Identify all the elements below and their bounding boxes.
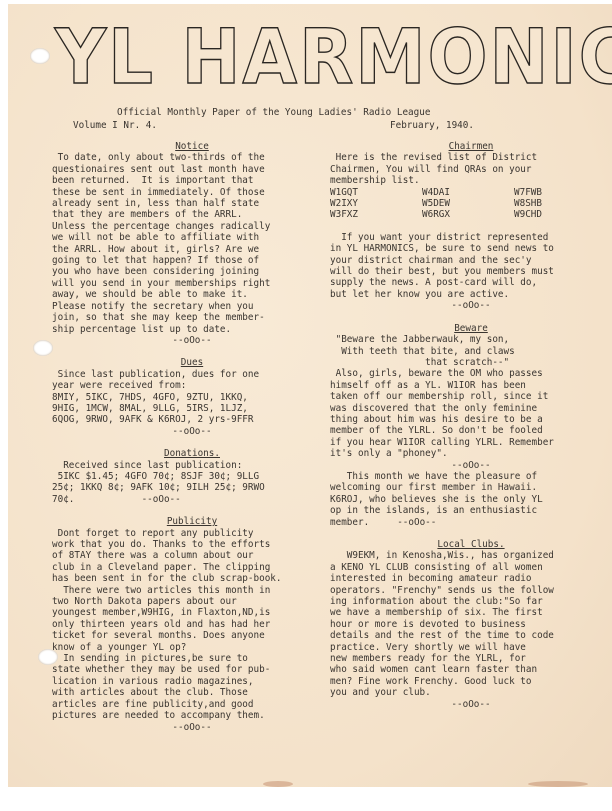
text-line: was discovered that the only feminine bbox=[330, 403, 612, 414]
beware-section: Beware "Beware the Jabberwauk, my son, W… bbox=[330, 323, 612, 471]
text-line: articles are fine publicity,and good bbox=[52, 699, 332, 710]
text-line: that they are members of the ARRL. bbox=[52, 209, 332, 220]
text-line: Chairmen, You will find QRAs on your bbox=[330, 164, 612, 175]
donations-section: Donations. Received since last publicati… bbox=[52, 448, 332, 505]
text-line: who said women cant learn faster than bbox=[330, 664, 612, 675]
text-line: will do their best, but you members must bbox=[330, 266, 612, 277]
text-line: practice. Very shortly we will have bbox=[330, 642, 612, 653]
text-line: in YL HARMONICS, be sure to send news to bbox=[330, 243, 612, 254]
hawaii-body: This month we have the pleasure ofwelcom… bbox=[330, 471, 612, 517]
text-line: work that you do. Thanks to the efforts bbox=[52, 539, 332, 550]
issue-date: February, 1940. bbox=[390, 120, 474, 131]
separator: --oOo-- bbox=[330, 460, 612, 471]
text-line: 9HIG, 1MCW, 8MAL, 9LLG, 5IRS, 1LJZ, bbox=[52, 403, 332, 414]
text-line: pictures are needed to accompany them. bbox=[52, 710, 332, 721]
text-line: 5IKC $1.45; 4GFO 70¢; 8SJF 30¢; 9LLG bbox=[52, 471, 332, 482]
call-sign: W3FXZ bbox=[330, 209, 422, 220]
text-line: been returned. It is important that bbox=[52, 175, 332, 186]
text-line: questionaires sent out last month have bbox=[52, 164, 332, 175]
text-line: it's only a "phoney". bbox=[330, 448, 612, 459]
text-line: new members ready for the YLRL, for bbox=[330, 653, 612, 664]
punch-hole bbox=[33, 340, 53, 356]
donations-last-line: 70¢. --oOo-- bbox=[52, 494, 332, 505]
call-sign: W9CHD bbox=[514, 209, 606, 220]
beware-body: "Beware the Jabberwauk, my son, With tee… bbox=[330, 334, 612, 459]
text-line: going to let that happen? If those of bbox=[52, 255, 332, 266]
subtitle: Official Monthly Paper of the Young Ladi… bbox=[117, 107, 430, 118]
section-heading: Chairmen bbox=[330, 141, 612, 152]
dues-body: Since last publication, dues for oneyear… bbox=[52, 369, 332, 426]
text-line: hour or more is devoted to business bbox=[330, 619, 612, 630]
call-sign: W2IXY bbox=[330, 198, 422, 209]
call-sign: W1GQT bbox=[330, 187, 422, 198]
notice-section: Notice To date, only about two-thirds of… bbox=[52, 141, 332, 346]
text-line: supply the news. A post-card will do, bbox=[330, 277, 612, 288]
masthead-title: YL HARMONICS bbox=[55, 18, 539, 96]
hawaii-section: This month we have the pleasure ofwelcom… bbox=[330, 471, 612, 528]
text-line: state whether they may be used for pub- bbox=[52, 664, 332, 675]
text-line: There were two articles this month in bbox=[52, 585, 332, 596]
chairmen-note: If you want your district representedin … bbox=[330, 232, 612, 300]
text-line: your district chairman and the sec'y bbox=[330, 255, 612, 266]
separator: --oOo-- bbox=[52, 722, 332, 733]
text-line: op in the islands, is an enthusiastic bbox=[330, 505, 612, 516]
section-heading: Dues bbox=[52, 357, 332, 368]
district-chairmen-list: W1GQT W4DAI W7FWB W2IXY W5DEW W8SHB W3FX… bbox=[330, 187, 612, 221]
text-line: lication in various radio magazines, bbox=[52, 676, 332, 687]
left-column: Notice To date, only about two-thirds of… bbox=[52, 141, 332, 733]
text-line: Here is the revised list of District bbox=[330, 152, 612, 163]
text-line: we have a membership of six. The first bbox=[330, 607, 612, 618]
text-line: taken off our membership roll, since it bbox=[330, 391, 612, 402]
volume-number: Volume I Nr. 4. bbox=[73, 120, 157, 131]
text-line: welcoming our first member in Hawaii. bbox=[330, 482, 612, 493]
text-line: 6QOG, 9RWO, 9AFK & K6ROJ, 2 yrs-9FFR bbox=[52, 414, 332, 425]
text-line: With teeth that bite, and claws bbox=[330, 346, 612, 357]
text-line: ship percentage list up to date. bbox=[52, 324, 332, 335]
chairmen-section: Chairmen Here is the revised list of Dis… bbox=[330, 141, 612, 312]
donations-body: Received since last publication: 5IKC $1… bbox=[52, 460, 332, 494]
paper-stain bbox=[263, 781, 293, 787]
hawaii-last-line: member. --oOo-- bbox=[330, 517, 612, 528]
text-line: "Beware the Jabberwauk, my son, bbox=[330, 334, 612, 345]
text-line: year were received from: bbox=[52, 380, 332, 391]
separator: --oOo-- bbox=[330, 300, 612, 311]
text-line: 8MIY, 5IKC, 7HDS, 4GFO, 9ZTU, 1KKQ, bbox=[52, 392, 332, 403]
text-line: these be sent in immediately. Of those bbox=[52, 187, 332, 198]
text-line: Unless the percentage changes radically bbox=[52, 221, 332, 232]
separator: --oOo-- bbox=[52, 335, 332, 346]
text-line: If you want your district represented bbox=[330, 232, 612, 243]
punch-hole bbox=[30, 48, 50, 64]
text-line: already sent in, less than half state bbox=[52, 198, 332, 209]
right-column: Chairmen Here is the revised list of Dis… bbox=[330, 141, 612, 710]
text-line: operators. "Frenchy" sends us the follow bbox=[330, 585, 612, 596]
text-line: In sending in pictures,be sure to bbox=[52, 653, 332, 664]
text-line: Also, girls, beware the OM who passes bbox=[330, 368, 612, 379]
paper-stain bbox=[528, 781, 588, 787]
text-line: if you hear W1IOR calling YLRL. Remember bbox=[330, 437, 612, 448]
text-line: away, we should be able to make it. bbox=[52, 289, 332, 300]
text-line: that scratch--" bbox=[330, 357, 612, 368]
call-sign: W6RGX bbox=[422, 209, 514, 220]
text-line: Since last publication, dues for one bbox=[52, 369, 332, 380]
text-line: join, so that she may keep the member- bbox=[52, 312, 332, 323]
text-line: with articles about the club. Those bbox=[52, 687, 332, 698]
text-line: but let her know you are active. bbox=[330, 289, 612, 300]
text-line: men? Fine work Frenchy. Good luck to bbox=[330, 676, 612, 687]
text-line: will you send in your memberships right bbox=[52, 278, 332, 289]
text-line: club in a Cleveland paper. The clipping bbox=[52, 562, 332, 573]
section-heading: Notice bbox=[52, 141, 332, 152]
text-line: 25¢; 1KKQ 8¢; 9AFK 10¢; 9ILH 25¢; 9RWO bbox=[52, 482, 332, 493]
text-line: ticket for several months. Does anyone bbox=[52, 630, 332, 641]
text-line: has been sent in for the club scrap-book… bbox=[52, 573, 332, 584]
text-line: himself off as a YL. W1IOR has been bbox=[330, 380, 612, 391]
text-line: we will not be able to affiliate with bbox=[52, 232, 332, 243]
dues-section: Dues Since last publication, dues for on… bbox=[52, 357, 332, 437]
text-line: youngest member,W9HIG, in Flaxton,ND,is bbox=[52, 607, 332, 618]
text-line: This month we have the pleasure of bbox=[330, 471, 612, 482]
publicity-body: Dont forget to report any publicitywork … bbox=[52, 528, 332, 722]
text-line: details and the rest of the time to code bbox=[330, 630, 612, 641]
text-line: membership list. bbox=[330, 175, 612, 186]
text-line: thing about him was his desire to be a bbox=[330, 414, 612, 425]
section-heading: Beware bbox=[330, 323, 612, 334]
publicity-section: Publicity Dont forget to report any publ… bbox=[52, 516, 332, 733]
call-sign: W8SHB bbox=[514, 198, 606, 209]
separator: --oOo-- bbox=[330, 699, 612, 710]
text-line: know of a younger YL op? bbox=[52, 642, 332, 653]
text-line: Please notify the secretary when you bbox=[52, 301, 332, 312]
text-line: two North Dakota papers about our bbox=[52, 596, 332, 607]
chairmen-intro: Here is the revised list of DistrictChai… bbox=[330, 152, 612, 186]
text-line: To date, only about two-thirds of the bbox=[52, 152, 332, 163]
call-sign: W4DAI bbox=[422, 187, 514, 198]
local-clubs-body: W9EKM, in Kenosha,Wis., has organizeda K… bbox=[330, 550, 612, 698]
text-line: of 8TAY there was a column about our bbox=[52, 550, 332, 561]
section-heading: Publicity bbox=[52, 516, 332, 527]
text-line: only thirteen years old and has had her bbox=[52, 619, 332, 630]
call-sign: W5DEW bbox=[422, 198, 514, 209]
text-line: W9EKM, in Kenosha,Wis., has organized bbox=[330, 550, 612, 561]
text-line: Dont forget to report any publicity bbox=[52, 528, 332, 539]
section-heading: Donations. bbox=[52, 448, 332, 459]
text-line: the ARRL. How about it, girls? Are we bbox=[52, 244, 332, 255]
text-line: a KENO YL CLUB consisting of all women bbox=[330, 562, 612, 573]
local-clubs-section: Local Clubs. W9EKM, in Kenosha,Wis., has… bbox=[330, 539, 612, 710]
text-line: interested in becoming amateur radio bbox=[330, 573, 612, 584]
text-line: you who have been considering joining bbox=[52, 266, 332, 277]
notice-body: To date, only about two-thirds of theque… bbox=[52, 152, 332, 335]
text-line: ing information about the club:"So far bbox=[330, 596, 612, 607]
separator: --oOo-- bbox=[52, 426, 332, 437]
section-heading: Local Clubs. bbox=[330, 539, 612, 550]
text-line: member of the YLRL. So don't be fooled bbox=[330, 425, 612, 436]
text-line: Received since last publication: bbox=[52, 460, 332, 471]
call-sign: W7FWB bbox=[514, 187, 606, 198]
text-line: you and your club. bbox=[330, 687, 612, 698]
text-line: K6ROJ, who believes she is the only YL bbox=[330, 494, 612, 505]
